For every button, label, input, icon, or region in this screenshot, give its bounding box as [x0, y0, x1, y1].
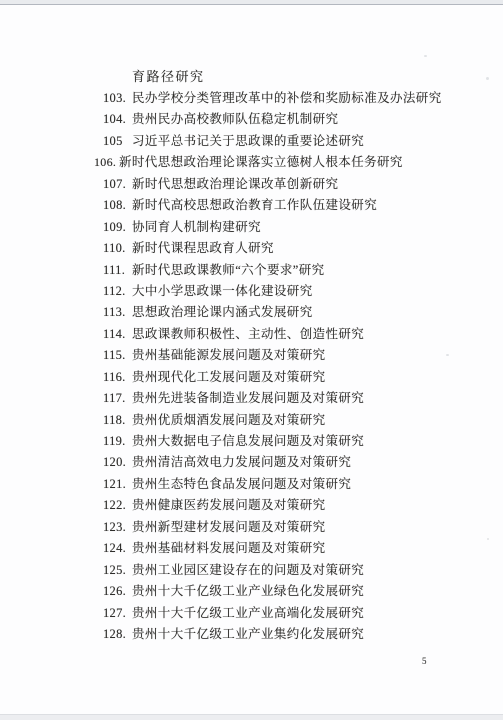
- item-text: 新时代思政课教师“六个要求”研究: [132, 260, 325, 281]
- item-number: 120.: [103, 452, 132, 473]
- item-number: 117.: [103, 388, 132, 409]
- item-text: 贵州清洁高效电力发展问题及对策研究: [132, 452, 351, 473]
- item-text: 协同育人机制构建研究: [132, 217, 261, 238]
- list-item: 112.大中小学思政课一体化建设研究: [0, 281, 503, 302]
- item-number: 112.: [103, 281, 132, 302]
- wrapped-line-continuation: 育路径研究: [132, 66, 205, 85]
- item-number: 121.: [103, 474, 132, 495]
- item-number: 123.: [103, 517, 132, 538]
- list-item: 105习近平总书记关于思政课的重要论述研究: [0, 131, 503, 152]
- item-text: 大中小学思政课一体化建设研究: [132, 281, 313, 302]
- scan-speck: [487, 538, 489, 540]
- item-number: 126.: [103, 581, 132, 602]
- list-item: 122.贵州健康医药发展问题及对策研究: [0, 495, 503, 516]
- item-number: 127.: [103, 603, 132, 624]
- item-text: 贵州现代化工发展问题及对策研究: [132, 367, 326, 388]
- scan-speck: [446, 354, 449, 356]
- item-number: 115.: [103, 345, 132, 366]
- item-number: 111.: [103, 260, 132, 281]
- list-item: 104.贵州民办高校教师队伍稳定机制研究: [0, 109, 503, 130]
- item-text: 新时代思想政治理论课改革创新研究: [132, 174, 338, 195]
- item-number: 110.: [103, 238, 132, 259]
- scan-speck: [424, 55, 427, 57]
- item-number: 113.: [103, 302, 132, 323]
- item-text: 贵州健康医药发展问题及对策研究: [132, 495, 326, 516]
- item-text: 习近平总书记关于思政课的重要论述研究: [132, 131, 364, 152]
- item-number: 104.: [103, 109, 132, 130]
- item-number: 122.: [103, 495, 132, 516]
- item-number: 105: [103, 131, 132, 152]
- list-item: 111.新时代思政课教师“六个要求”研究: [0, 260, 503, 281]
- list-item: 120.贵州清洁高效电力发展问题及对策研究: [0, 452, 503, 473]
- item-text: 思政课教师积极性、主动性、创造性研究: [132, 324, 364, 345]
- list-item: 117.贵州先进装备制造业发展问题及对策研究: [0, 388, 503, 409]
- list-item: 109.协同育人机制构建研究: [0, 217, 503, 238]
- item-number: 107.: [103, 174, 132, 195]
- list-item: 114.思政课教师积极性、主动性、创造性研究: [0, 324, 503, 345]
- scan-edge-bottom: [0, 714, 503, 720]
- list-item: 119.贵州大数据电子信息发展问题及对策研究: [0, 431, 503, 452]
- item-text: 贵州生态特色食品发展问题及对策研究: [132, 474, 351, 495]
- list-item: 106.新时代思想政治理论课落实立德树人根本任务研究: [0, 152, 503, 173]
- item-number: 118.: [103, 410, 132, 431]
- list-item: 126.贵州十大千亿级工业产业绿色化发展研究: [0, 581, 503, 602]
- item-text: 贵州工业园区建设存在的问题及对策研究: [132, 560, 364, 581]
- list-item: 128.贵州十大千亿级工业产业集约化发展研究: [0, 624, 503, 645]
- list-item: 121.贵州生态特色食品发展问题及对策研究: [0, 474, 503, 495]
- item-number: 128.: [103, 624, 132, 645]
- item-text: 新时代高校思想政治教育工作队伍建设研究: [132, 195, 377, 216]
- item-text: 贵州大数据电子信息发展问题及对策研究: [132, 431, 364, 452]
- item-number: 116.: [103, 367, 132, 388]
- item-text: 贵州基础能源发展问题及对策研究: [132, 345, 326, 366]
- list-item: 115.贵州基础能源发展问题及对策研究: [0, 345, 503, 366]
- scanned-document-page: 育路径研究 103.民办学校分类管理改革中的补偿和奖励标准及办法研究104.贵州…: [0, 0, 503, 720]
- list-item: 125.贵州工业园区建设存在的问题及对策研究: [0, 560, 503, 581]
- list-item: 108.新时代高校思想政治教育工作队伍建设研究: [0, 195, 503, 216]
- list-item: 110.新时代课程思政育人研究: [0, 238, 503, 259]
- item-text: 贵州民办高校教师队伍稳定机制研究: [132, 109, 338, 130]
- item-text: 贵州基础材料发展问题及对策研究: [132, 538, 326, 559]
- scan-speck: [486, 77, 489, 80]
- list-item: 103.民办学校分类管理改革中的补偿和奖励标准及办法研究: [0, 88, 503, 109]
- item-text: 思想政治理论课内涵式发展研究: [132, 302, 313, 323]
- page-number: 5: [422, 656, 427, 666]
- list-item: 124.贵州基础材料发展问题及对策研究: [0, 538, 503, 559]
- item-text: 民办学校分类管理改革中的补偿和奖励标准及办法研究: [132, 88, 442, 109]
- list-item: 113.思想政治理论课内涵式发展研究: [0, 302, 503, 323]
- item-text: 新时代课程思政育人研究: [132, 238, 274, 259]
- item-text: 贵州先进装备制造业发展问题及对策研究: [132, 388, 364, 409]
- item-number: 114.: [103, 324, 132, 345]
- list-item: 107.新时代思想政治理论课改革创新研究: [0, 174, 503, 195]
- item-text: 贵州优质烟酒发展问题及对策研究: [132, 410, 326, 431]
- list-item: 123.贵州新型建材发展问题及对策研究: [0, 517, 503, 538]
- item-number: 125.: [103, 560, 132, 581]
- item-text: 贵州十大千亿级工业产业绿色化发展研究: [132, 581, 364, 602]
- item-number: 119.: [103, 431, 132, 452]
- item-number: 108.: [103, 195, 132, 216]
- item-text: 贵州十大千亿级工业产业高端化发展研究: [132, 603, 364, 624]
- item-number: 109.: [103, 217, 132, 238]
- list-item: 127.贵州十大千亿级工业产业高端化发展研究: [0, 603, 503, 624]
- item-number: 103.: [103, 88, 132, 109]
- list-item: 116.贵州现代化工发展问题及对策研究: [0, 367, 503, 388]
- scan-edge-top: [0, 0, 503, 5]
- item-text: 贵州新型建材发展问题及对策研究: [132, 517, 326, 538]
- item-number: 106.: [94, 152, 119, 173]
- item-text: 贵州十大千亿级工业产业集约化发展研究: [132, 624, 364, 645]
- item-text: 新时代思想政治理论课落实立德树人根本任务研究: [119, 152, 403, 173]
- item-number: 124.: [103, 538, 132, 559]
- list-item: 118.贵州优质烟酒发展问题及对策研究: [0, 410, 503, 431]
- topic-list: 103.民办学校分类管理改革中的补偿和奖励标准及办法研究104.贵州民办高校教师…: [0, 88, 503, 645]
